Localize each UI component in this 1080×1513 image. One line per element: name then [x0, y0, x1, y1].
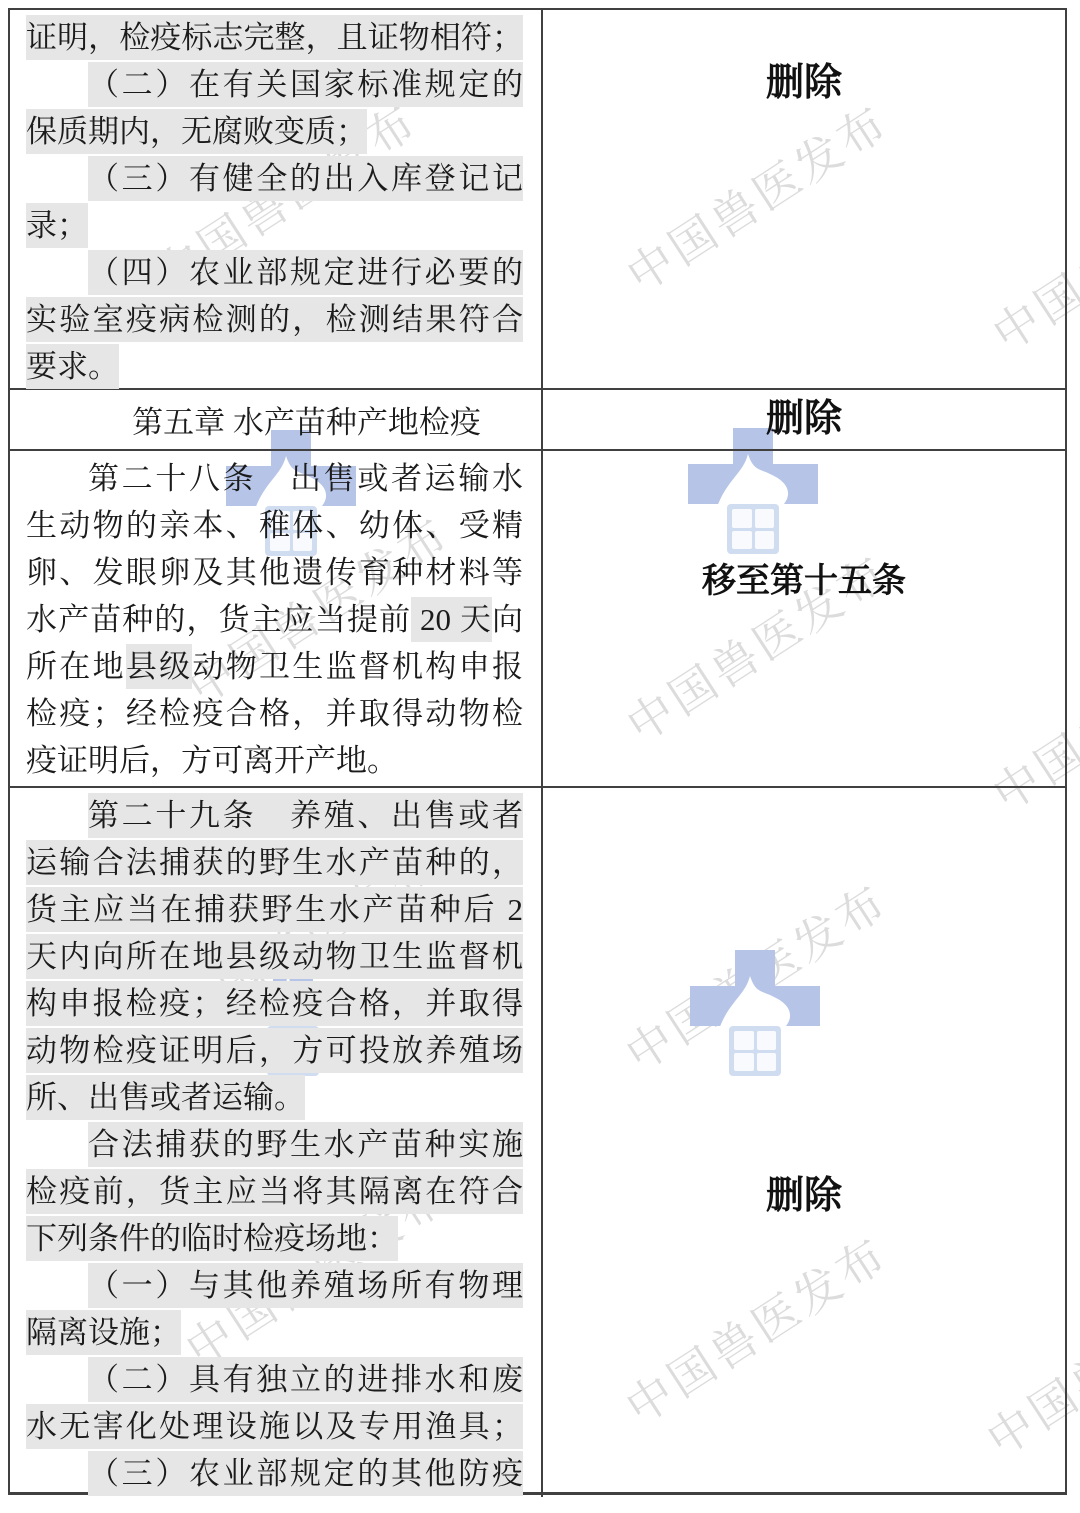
annotation-delete: 删除	[766, 63, 842, 105]
text-segment: 检疫；经检疫合格，并取得动物检	[26, 696, 523, 731]
text-segment-highlighted: 水无害化处理设施以及专用渔具；	[26, 1404, 523, 1449]
text-segment-highlighted: 合法捕获的野生水产苗种实施	[88, 1122, 523, 1167]
text-segment: 向	[492, 602, 523, 637]
text-segment: 动物卫生监督机构申报	[192, 649, 523, 684]
text-line: 第二十九条 养殖、出售或者	[26, 792, 523, 839]
text-segment-highlighted: 证明，检疫标志完整，且证物相符；	[26, 15, 523, 60]
text-segment-highlighted: 要求。	[26, 344, 119, 389]
text-line: 所在地县级动物卫生监督机构申报	[26, 643, 523, 690]
text-segment-highlighted: 隔离设施；	[26, 1310, 181, 1355]
text-line: 天内向所在地县级动物卫生监督机	[26, 933, 523, 980]
text-line: （二）在有关国家标准规定的	[26, 61, 523, 108]
text-line: 卵、发眼卵及其他遗传育种材料等	[26, 549, 523, 596]
table-cell-original-text-1: 证明，检疫标志完整，且证物相符； （二）在有关国家标准规定的 保质期内，无腐败变…	[10, 10, 543, 390]
text-segment-highlighted: 运输合法捕获的野生水产苗种的，	[26, 840, 523, 885]
text-segment-highlighted: 货主应当在捕获野生水产苗种后 2	[26, 887, 523, 932]
text-line: 检疫；经检疫合格，并取得动物检	[26, 690, 523, 737]
text-segment-highlighted: 天内向所在地县级动物卫生监督机	[26, 934, 523, 979]
table-cell-annotation-1: 删除	[543, 10, 1065, 390]
text-line: 保质期内，无腐败变质；	[26, 108, 523, 155]
text-line: 隔离设施；	[26, 1309, 523, 1356]
annotation-delete: 删除	[766, 399, 842, 441]
document-page: { "watermark": { "text": "中国兽医发布" }, "co…	[0, 0, 1080, 1513]
text-line: 构申报检疫；经检疫合格，并取得	[26, 980, 523, 1027]
comparison-table: 证明，检疫标志完整，且证物相符； （二）在有关国家标准规定的 保质期内，无腐败变…	[8, 8, 1067, 1495]
text-line: 疫证明后，方可离开产地。	[26, 737, 523, 784]
text-line: 证明，检疫标志完整，且证物相符；	[26, 14, 523, 61]
text-line: 水无害化处理设施以及专用渔具；	[26, 1403, 523, 1450]
text-line: 合法捕获的野生水产苗种实施	[26, 1121, 523, 1168]
text-segment-highlighted: 动物检疫证明后，方可投放养殖场	[26, 1028, 523, 1073]
text-segment: 所在地	[26, 649, 126, 684]
text-segment-highlighted: 所、出售或者运输。	[26, 1075, 305, 1120]
text-segment-highlighted: 第二十九条 养殖、出售或者	[88, 793, 523, 838]
text-segment: 疫证明后，方可离开产地。	[26, 743, 398, 778]
text-segment-highlighted: （三）农业部规定的其他防疫	[88, 1451, 523, 1496]
text-line: （三）有健全的出入库登记记	[26, 155, 523, 202]
chapter-heading: 第五章 水产苗种产地检疫	[70, 397, 481, 442]
text-segment-highlighted: （一）与其他养殖场所有物理	[88, 1263, 523, 1308]
text-line: 检疫前，货主应当将其隔离在符合	[26, 1168, 523, 1215]
text-segment-highlighted: （三）有健全的出入库登记记	[88, 156, 523, 201]
text-line: 实验室疫病检测的，检测结果符合	[26, 296, 523, 343]
text-segment-highlighted: （二）具有独立的进排水和废	[88, 1357, 523, 1402]
text-line: （二）具有独立的进排水和废	[26, 1356, 523, 1403]
text-segment: 第二十八条 出售或者运输水	[88, 461, 523, 496]
text-segment: 卵、发眼卵及其他遗传育种材料等	[26, 555, 523, 590]
text-line: 下列条件的临时检疫场地：	[26, 1215, 523, 1262]
text-segment-highlighted: 下列条件的临时检疫场地：	[26, 1216, 398, 1261]
annotation-delete: 删除	[766, 1176, 842, 1218]
text-segment-highlighted: 检疫前，货主应当将其隔离在符合	[26, 1169, 523, 1214]
text-segment-highlighted: （二）在有关国家标准规定的	[88, 62, 523, 107]
text-line: 要求。	[26, 343, 523, 390]
table-cell-original-text-2: 第二十八条 出售或者运输水 生动物的亲本、稚体、幼体、受精 卵、发眼卵及其他遗传…	[10, 451, 543, 788]
text-line: 水产苗种的，货主应当提前 20 天向	[26, 596, 523, 643]
text-segment-highlighted: 录；	[26, 203, 88, 248]
table-cell-chapter-heading: 第五章 水产苗种产地检疫	[10, 390, 543, 451]
text-segment: 水产苗种的，货主应当提前	[26, 602, 411, 637]
text-line: 货主应当在捕获野生水产苗种后 2	[26, 886, 523, 933]
annotation-move-to-article-15: 移至第十五条	[702, 563, 906, 600]
text-line: （一）与其他养殖场所有物理	[26, 1262, 523, 1309]
text-line: 第二十八条 出售或者运输水	[26, 455, 523, 502]
text-line: 生动物的亲本、稚体、幼体、受精	[26, 502, 523, 549]
table-cell-annotation-3: 移至第十五条	[543, 451, 1065, 788]
table-cell-original-text-3: 第二十九条 养殖、出售或者 运输合法捕获的野生水产苗种的， 货主应当在捕获野生水…	[10, 788, 543, 1497]
text-segment-highlighted: 构申报检疫；经检疫合格，并取得	[26, 981, 523, 1026]
text-line: （四）农业部规定进行必要的	[26, 249, 523, 296]
text-line: （三）农业部规定的其他防疫	[26, 1450, 523, 1497]
text-line: 动物检疫证明后，方可投放养殖场	[26, 1027, 523, 1074]
text-segment: 生动物的亲本、稚体、幼体、受精	[26, 508, 523, 543]
text-line: 所、出售或者运输。	[26, 1074, 523, 1121]
text-segment-highlighted: 县级	[126, 644, 193, 689]
table-cell-annotation-2: 删除	[543, 390, 1065, 451]
text-segment-highlighted: 实验室疫病检测的，检测结果符合	[26, 297, 523, 342]
table-cell-annotation-4: 删除	[543, 788, 1065, 1497]
text-line: 运输合法捕获的野生水产苗种的，	[26, 839, 523, 886]
text-segment-highlighted: 20 天	[411, 597, 492, 642]
text-segment-highlighted: 保质期内，无腐败变质；	[26, 109, 367, 154]
text-line: 录；	[26, 202, 523, 249]
text-segment-highlighted: （四）农业部规定进行必要的	[88, 250, 523, 295]
